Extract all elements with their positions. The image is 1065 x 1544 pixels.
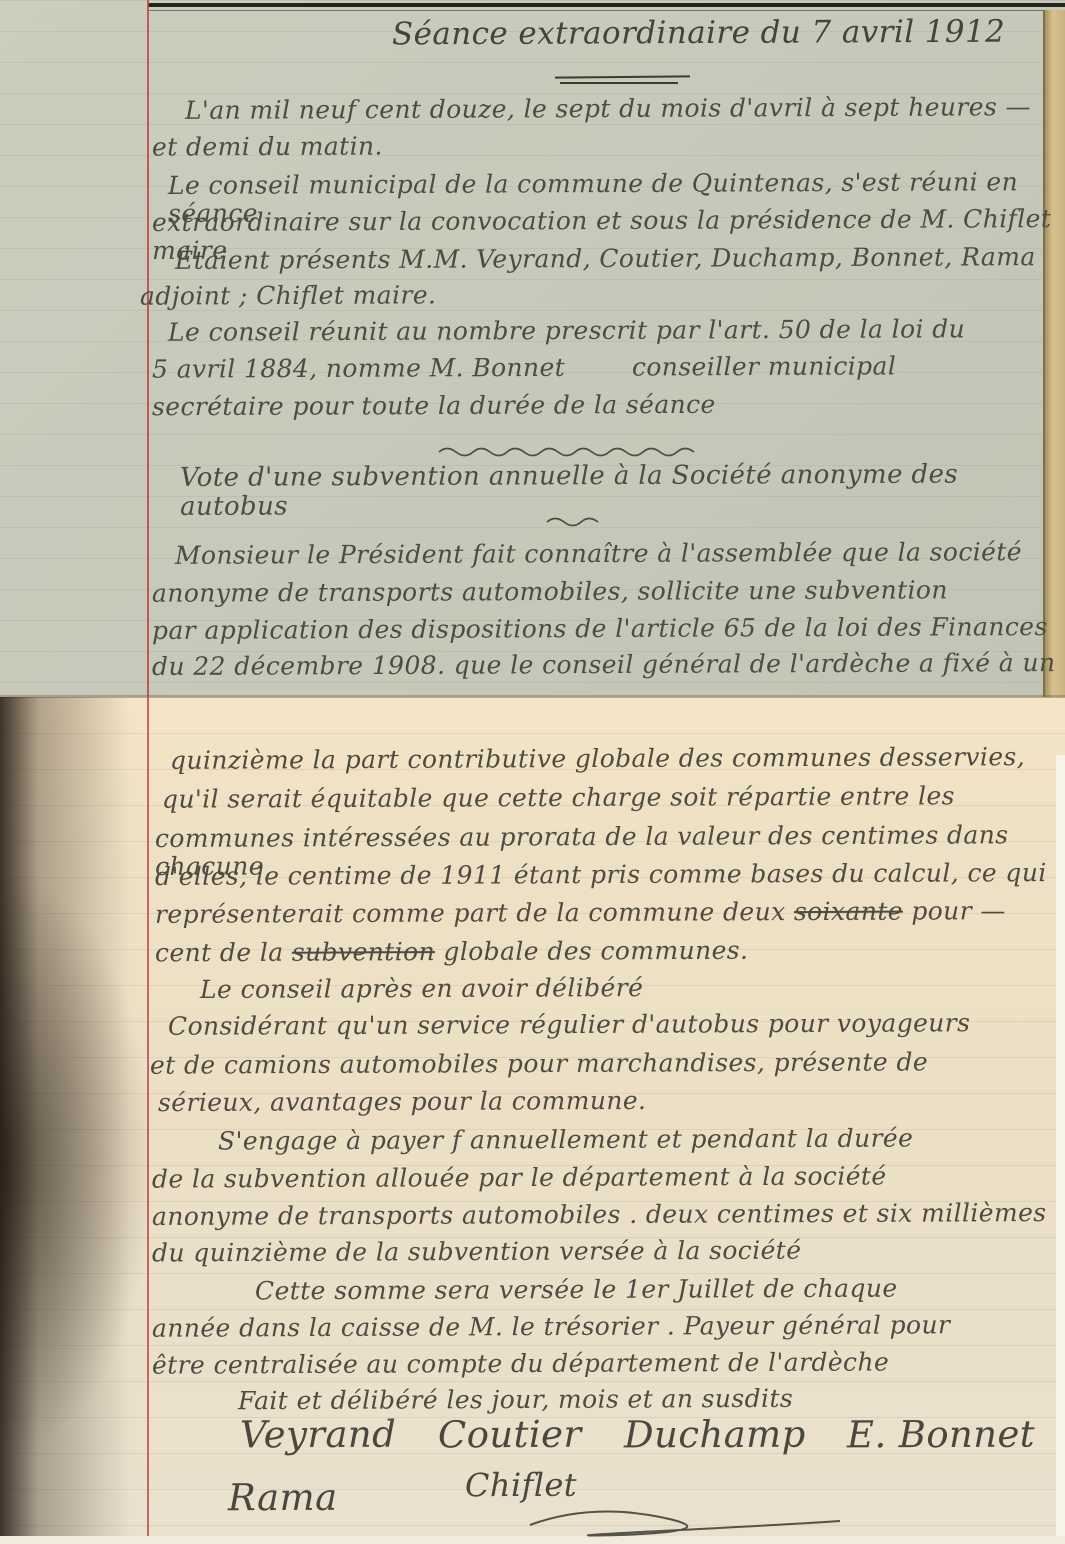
manuscript-line: secrétaire pour toute la durée de la séa… bbox=[152, 391, 716, 421]
manuscript-line: Étaient présents M.M. Veyrand, Coutier, … bbox=[175, 243, 1036, 274]
signature: Coutier bbox=[438, 1415, 582, 1456]
page-seam bbox=[0, 695, 1065, 698]
signature: Duchamp bbox=[624, 1415, 806, 1456]
margin-rule-top bbox=[147, 0, 149, 697]
manuscript-line: quinzième la part contributive globale d… bbox=[170, 743, 1025, 774]
margin-rule-bottom bbox=[147, 697, 149, 1544]
manuscript-line: Le conseil après en avoir délibéré bbox=[200, 974, 643, 1003]
manuscript-line: Monsieur le Président fait connaître à l… bbox=[175, 538, 1022, 569]
manuscript-line: S'engage à payer f annuellement et penda… bbox=[218, 1124, 913, 1155]
manuscript-line-with-strikethrough: représenterait comme part de la commune … bbox=[155, 897, 1006, 928]
manuscript-line: adjoint ; Chiflet maire. bbox=[140, 281, 436, 310]
manuscript-line: et demi du matin. bbox=[152, 132, 383, 161]
line-text: représenterait comme part de la commune … bbox=[155, 897, 794, 929]
signature-row: Veyrand Coutier Duchamp E. Bonnet bbox=[240, 1415, 1035, 1456]
manuscript-line: qu'il serait équitable que cette charge … bbox=[162, 782, 955, 813]
signature: Rama bbox=[228, 1478, 338, 1519]
manuscript-line: sérieux, avantages pour la commune. bbox=[158, 1087, 646, 1117]
struck-word: subvention bbox=[292, 937, 435, 967]
page-top-edge-line bbox=[148, 3, 1065, 7]
page-edge-strip bbox=[1043, 10, 1065, 697]
line-text: globale des communes. bbox=[435, 936, 748, 966]
manuscript-line: Considérant qu'un service régulier d'aut… bbox=[168, 1009, 970, 1040]
manuscript-line: année dans la caisse de M. le trésorier … bbox=[152, 1311, 950, 1342]
scanned-register-page: Séance extraordinaire du 7 avril 1912 L'… bbox=[0, 0, 1065, 1544]
manuscript-line: et de camions automobiles pour marchandi… bbox=[150, 1048, 928, 1079]
signature: Veyrand bbox=[240, 1415, 396, 1456]
page-top-edge-line-thin bbox=[148, 10, 1065, 11]
manuscript-line: de la subvention allouée par le départem… bbox=[152, 1162, 887, 1193]
manuscript-line: Cette somme sera versée le 1er Juillet d… bbox=[255, 1275, 898, 1305]
signature: E. Bonnet bbox=[847, 1415, 1035, 1457]
line-text: pour — bbox=[903, 896, 1006, 925]
divider-squiggle-small-icon bbox=[545, 514, 607, 528]
manuscript-line: anonyme de transports automobiles . deux… bbox=[152, 1199, 1047, 1230]
struck-word: soixante bbox=[794, 897, 903, 926]
manuscript-line: L'an mil neuf cent douze, le sept du moi… bbox=[185, 93, 1031, 124]
manuscript-line: d'elles, le centime de 1911 étant pris c… bbox=[155, 859, 1047, 890]
manuscript-line: du 22 décembre 1908. que le conseil géné… bbox=[152, 649, 1056, 680]
manuscript-line-with-strikethrough: cent de la subvention globale des commun… bbox=[155, 937, 748, 967]
manuscript-line: anonyme de transports automobiles, solli… bbox=[152, 576, 948, 607]
manuscript-line: Fait et délibéré les jour, mois et an su… bbox=[238, 1385, 793, 1415]
signature-flourish-icon bbox=[520, 1495, 850, 1541]
document-title: Séance extraordinaire du 7 avril 1912 bbox=[392, 15, 1005, 52]
manuscript-line: Le conseil réunit au nombre prescrit par… bbox=[168, 315, 965, 346]
line-text: cent de la bbox=[155, 938, 292, 968]
title-underline-second bbox=[560, 82, 678, 84]
divider-squiggle-icon bbox=[437, 444, 707, 458]
manuscript-line: par application des dispositions de l'ar… bbox=[152, 613, 1048, 644]
manuscript-line: du quinzième de la subvention versée à l… bbox=[152, 1237, 802, 1267]
manuscript-line: 5 avril 1884, nomme M. Bonnet conseiller… bbox=[152, 352, 896, 383]
manuscript-line: être centralisée au compte du départemen… bbox=[152, 1348, 889, 1379]
section-heading: Vote d'une subvention annuelle à la Soci… bbox=[180, 460, 1065, 521]
